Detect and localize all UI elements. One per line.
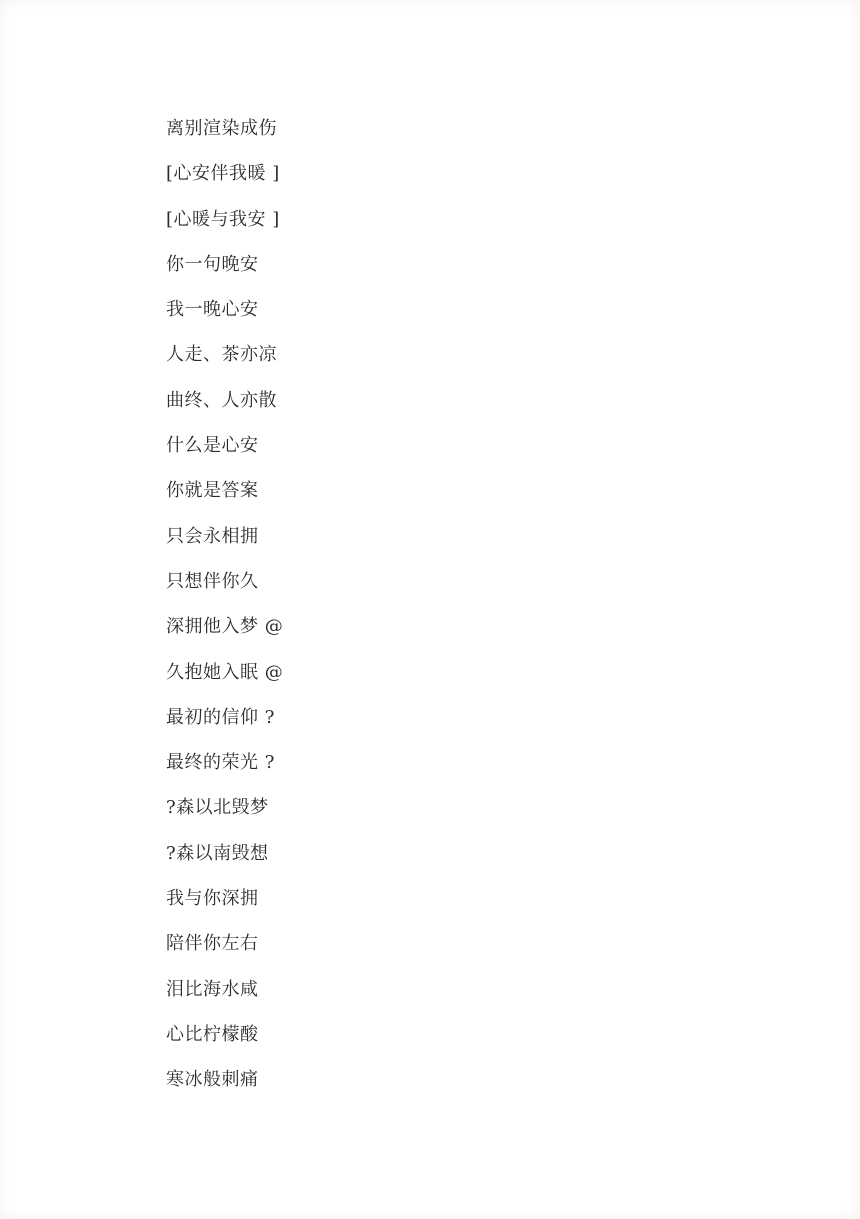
text-line: 你一句晚安	[166, 242, 860, 287]
text-line: 离别渲染成伤	[166, 106, 860, 151]
text-line: 什么是心安	[166, 423, 860, 468]
text-line: 我一晚心安	[166, 287, 860, 332]
text-line: 深拥他入梦 @	[166, 604, 860, 649]
text-line: 我与你深拥	[166, 876, 860, 921]
text-line: [心暖与我安 ]	[166, 197, 860, 242]
text-line: [心安伴我暖 ]	[166, 151, 860, 196]
text-line: 久抱她入眠 @	[166, 650, 860, 695]
text-line: 曲终、人亦散	[166, 378, 860, 423]
text-line: 陪伴你左右	[166, 921, 860, 966]
text-line: 心比柠檬酸	[166, 1012, 860, 1057]
text-line: 最初的信仰 ?	[166, 695, 860, 740]
text-lines: 离别渲染成伤[心安伴我暖 ][心暖与我安 ]你一句晚安我一晚心安人走、茶亦凉曲终…	[166, 106, 860, 1103]
text-line: 寒冰般刺痛	[166, 1057, 860, 1102]
text-line: 人走、茶亦凉	[166, 332, 860, 377]
text-line: ?森以南毁想	[166, 831, 860, 876]
text-line: 你就是答案	[166, 468, 860, 513]
text-line: 最终的荣光 ?	[166, 740, 860, 785]
text-line: 只想伴你久	[166, 559, 860, 604]
text-line: ?森以北毁梦	[166, 785, 860, 830]
document-page: 离别渲染成伤[心安伴我暖 ][心暖与我安 ]你一句晚安我一晚心安人走、茶亦凉曲终…	[0, 0, 860, 1219]
text-line: 只会永相拥	[166, 514, 860, 559]
text-line: 泪比海水咸	[166, 967, 860, 1012]
